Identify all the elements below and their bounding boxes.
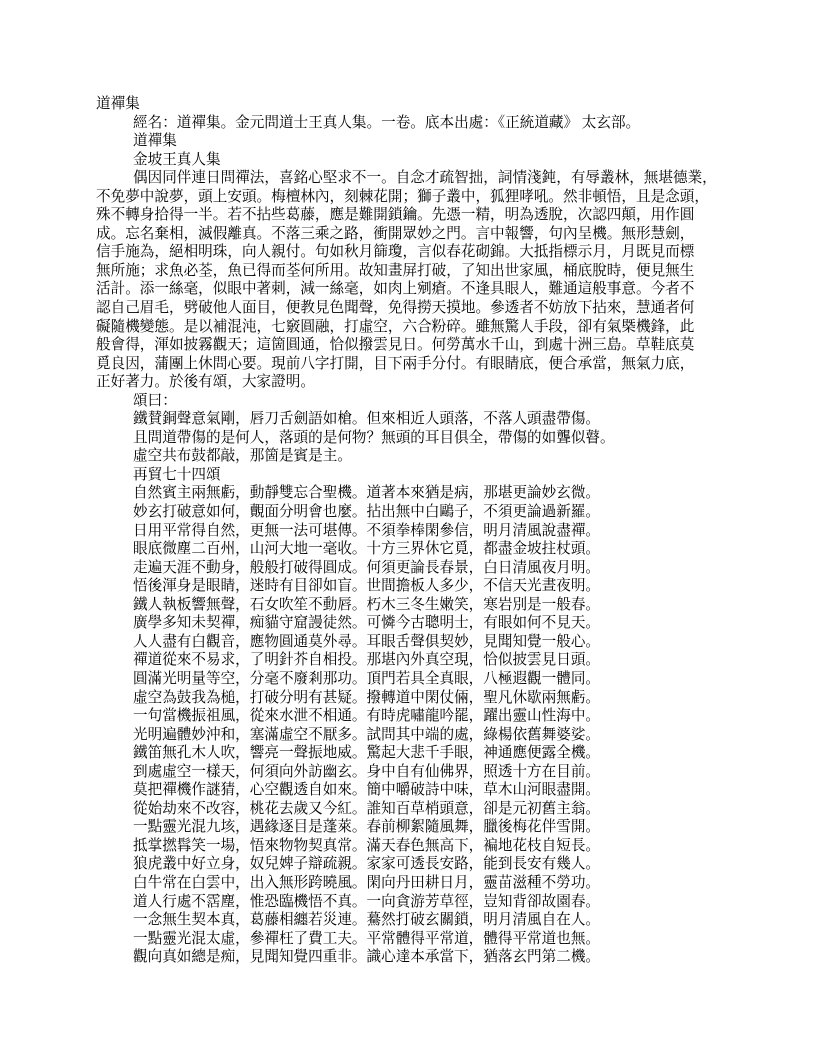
text-line: 正好著力。於後有頌，大家證明。 [96, 373, 724, 392]
text-line: 鐵賛銅聲意氣剛，唇刀舌劍語如槍。但來相近人頭落，不落人頭盡帶傷。 [96, 410, 724, 429]
text-line: 道禪集 [96, 95, 724, 114]
text-line: 禪道從來不易求，了明針芥自相投。那堪內外真空現，恰似披雲見日頭。 [96, 651, 724, 670]
text-line: 殊不轉身拾得一半。若不拈些葛藤，應是難開鎖鑰。先憑一精，明為透脫，次認四顛，用作… [96, 206, 724, 225]
text-line: 虛空共布鼓都敲，那箇是賓是主。 [96, 447, 724, 466]
text-line: 一句當機振祖風，從來水泄不相通。有時虎嘯龍吟罷，躍出靈山性海中。 [96, 707, 724, 726]
text-line: 人人盡有白觀音，應物圓通莫外尋。耳眼舌聲俱契妙，見聞知覺一般心。 [96, 633, 724, 652]
document-text: 道禪集經名：道禪集。金元問道士王真人集。一卷。底本出處：《正統道藏》 太玄部。道… [96, 95, 724, 967]
text-line: 道人行處不霑塵，惟恐臨機悟不真。一向貪游芳草徑，豈知背卻故園春。 [96, 893, 724, 912]
text-line: 莫把禪機作謎猜，心空觀透自如來。簡中嚼破詩中味，草木山河眼盡開。 [96, 781, 724, 800]
text-line: 抵掌撚髥笑一場，悟來物物契真常。滿天春色無高下，褊地花枝自短長。 [96, 837, 724, 856]
text-line: 且問道帶傷的是何人，落頭的是何物？無頭的耳目俱全，帶傷的如聾似瞽。 [96, 429, 724, 448]
text-line: 虛空為鼓我為槌，打破分明有甚疑。撥轉道中閑仗倆，聖凡休歇兩無虧。 [96, 689, 724, 708]
text-line: 信手施為，絕相明珠，向人親付。句如秋月篩瓊，言似春花砌錦。大抵指標示月，月既見而… [96, 243, 724, 262]
text-line: 成。忘名棄相，滅假離真。不落三乘之路，衝開眾妙之門。言中報響，句內呈機。無形慧劍… [96, 225, 724, 244]
text-line: 光明遍體妙沖和，塞滿虛空不厭多。試問其中端的處，綠楊依舊舞婆娑。 [96, 726, 724, 745]
text-line: 經名：道禪集。金元問道士王真人集。一卷。底本出處：《正統道藏》 太玄部。 [96, 114, 724, 133]
text-line: 一點靈光混太虛，參禪枉了費工夫。平常體得平常道，體得平常道也無。 [96, 930, 724, 949]
text-line: 自然賓主兩無虧，動靜雙忘合聖機。道著本來猶是病，那堪更論妙玄微。 [96, 484, 724, 503]
text-line: 走遍天涯不動身，般般打破得圓成。何須更論長春景，白日清風夜月明。 [96, 559, 724, 578]
text-line: 鐵笛無孔木人吹，響亮一聲振地威。驚起大悲千手眼，神通應便露全機。 [96, 744, 724, 763]
text-line: 一念無生契本真，葛藤相纏若災連。驀然打破玄關鎖，明月清風自在人。 [96, 911, 724, 930]
text-line: 眼底微塵二百州，山河大地一毫收。十方三界休它覓，都盡金坡拄杖頭。 [96, 540, 724, 559]
text-line: 覓良因，蒲團上休問心要。現前八字打開，目下兩手分付。有眼睛底，便合承當，無氣力底… [96, 355, 724, 374]
text-line: 一點靈光混九垓，遇緣逐目是蓬萊。春前柳絮隨風舞，臘後梅花伴雪開。 [96, 818, 724, 837]
text-line: 無所施；求魚必荃，魚已得而荃何所用。故知畫屏打破，了知出世家風，桶底脫時，便見無… [96, 262, 724, 281]
text-line: 道禪集 [96, 132, 724, 151]
text-line: 白牛常在白雲中，出入無形跨曉風。閑向丹田耕日月，靈苗滋種不勞功。 [96, 874, 724, 893]
text-line: 觀向真如總是痴，見聞知覺四重非。識心達本承當下，猶落玄門第二機。 [96, 948, 724, 967]
text-line: 認自己眉毛，劈破他人面目，便教見色聞聲，免得撈天摸地。參透者不妨放下拈來，慧通者… [96, 299, 724, 318]
text-line: 再貿七十四頌 [96, 466, 724, 485]
text-line: 日用平常得自然，更無一法可堪傳。不須拳棒閑參信，明月清風說盡禪。 [96, 522, 724, 541]
text-line: 偶因同伴連日問禪法，喜銘心堅求不一。自念才疏智拙，詞情淺鈍，有辱叢林，無堪德業， [96, 169, 724, 188]
text-line: 狼虎叢中好立身，奴兒婢子辯疏親。家家可透長安路，能到長安有幾人。 [96, 855, 724, 874]
text-line: 不免夢中說夢，頭上安頭。梅檀林內，刻棘花開；獅子叢中，狐狸哮吼。然非頓悟，且是念… [96, 188, 724, 207]
text-line: 鐵人執板響無聲，石女吹笙不動唇。朽木三冬生嫩笑，寒岩別是一般春。 [96, 596, 724, 615]
text-line: 從始劫來不改容，桃花去歲又今紅。誰知百草梢頭意，卻是元初舊主翁。 [96, 800, 724, 819]
text-line: 悟後渾身是眼睛，迷時有目卻如盲。世間擔板人多少，不信天光晝夜明。 [96, 577, 724, 596]
text-line: 到處虛空一樣天，何須向外訪幽玄。身中自有仙佛界，照透十方在目前。 [96, 763, 724, 782]
text-line: 圓滿光明量等空，分毫不廢剎那功。頂門若具全真眼，八極遐觀一體同。 [96, 670, 724, 689]
text-line: 礙隨機變態。是以補混沌，七竅圓融，打虛空，六合粉碎。雖無驚人手段，卻有氣槩機鋒，… [96, 318, 724, 337]
document-page: 道禪集經名：道禪集。金元問道士王真人集。一卷。底本出處：《正統道藏》 太玄部。道… [0, 0, 816, 1056]
text-line: 妙玄打破意如何，覿面分明會也麼。拈出無中白鷗子，不須更論過新羅。 [96, 503, 724, 522]
text-line: 金坡王真人集 [96, 151, 724, 170]
text-line: 般會得，渾如披霧觀天；這箇圓通，恰似撥雲見日。何勞萬水千山，到處十洲三島。草鞋底… [96, 336, 724, 355]
text-line: 廣學多知未契禪，痴貓守窟謾徒然。可憐今古聰明士，有眼如何不見天。 [96, 614, 724, 633]
text-line: 活計。添一絲毫，似眼中著刺，減一絲毫，如肉上剜瘡。不逢具眼人，難通這般事意。今者… [96, 280, 724, 299]
text-line: 頌曰： [96, 392, 724, 411]
